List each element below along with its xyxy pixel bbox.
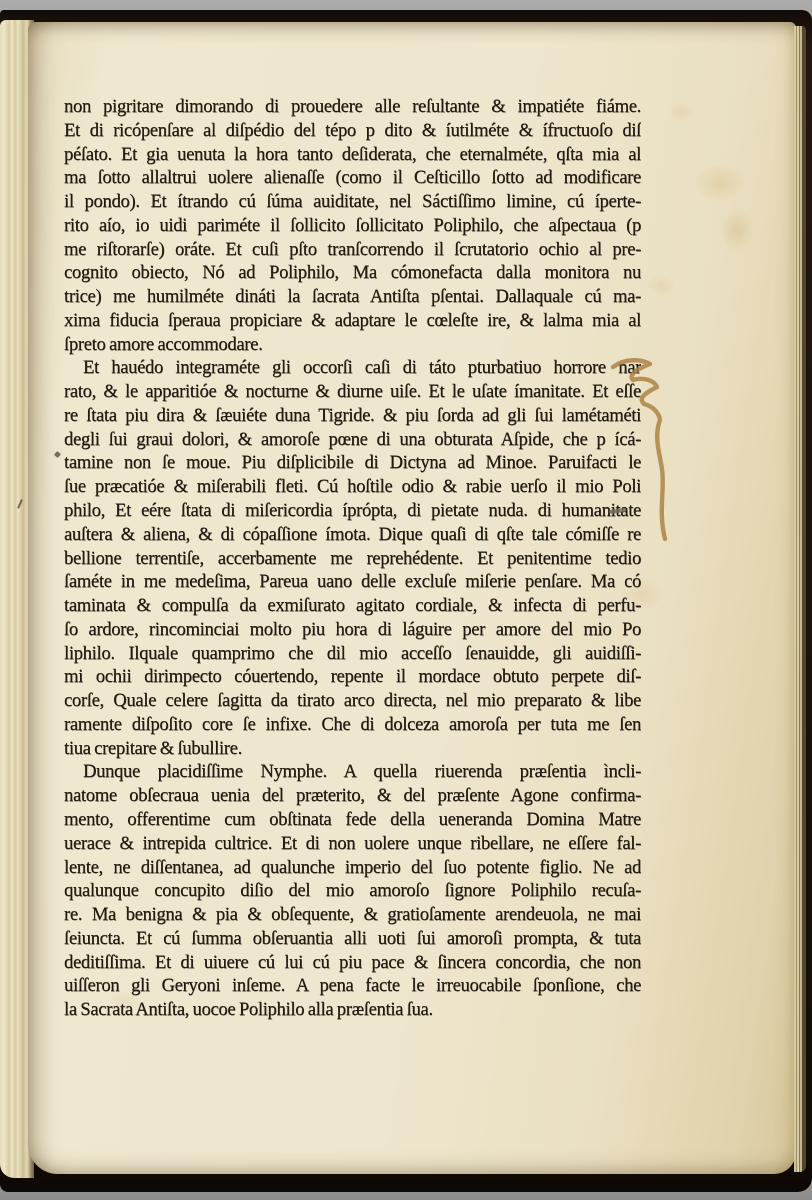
marginalia-squiggle (599, 351, 709, 565)
text-line: tiua crepitare & ſubullire. (64, 737, 641, 761)
text-line: liphilo. Ilquale quamprimo che dil mio a… (64, 642, 641, 666)
text-line: tamine non ſe moue. Piu diſplicibile di … (64, 451, 641, 475)
text-line: ſue præcatióe & miſerabili fleti. Cú hoſ… (64, 475, 641, 499)
text-line: non pigritare dimorando di prouedere all… (64, 95, 641, 119)
text-line: ramente diſpoſito core ſe infixe. Che di… (64, 713, 641, 737)
text-line: ſo ardore, rincominciai molto piu hora d… (64, 618, 641, 642)
text-line: re ſtata piu dira & ſæuiéte duna Tigride… (64, 404, 641, 428)
text-line: rato, & le apparitióe & nocturne & diurn… (64, 380, 641, 404)
text-line: natome obſecraua uenia del præterito, & … (64, 784, 641, 808)
text-line: xima fiducia ſperaua propiciare & adapta… (64, 309, 641, 333)
text-line: uerace & intrepida cultrice. Et di non u… (64, 832, 641, 856)
foxing-stain (668, 102, 696, 122)
text-line: ſaméte in me medeſima, Pareua uano delle… (64, 570, 641, 594)
text-line: corſe, Quale celere ſagitta da tirato ar… (64, 689, 641, 713)
foxing-stain (720, 208, 754, 252)
text-line: bellione terrentiſe, accerbamente me rep… (64, 547, 641, 571)
text-line: ſpreto amore accommodare. (64, 333, 641, 357)
text-line: auſtera & aliena, & di cópaſſione ímota.… (64, 523, 641, 547)
text-line: rito aío, io uidi pariméte il ſollicito … (64, 214, 641, 238)
text-line: cognito obiecto, Nó ad Poliphilo, Ma cóm… (64, 261, 641, 285)
text-line: philo, Et eére ſtata di miſericordia ípr… (64, 499, 641, 523)
book-photo: non pigritare dimorando di prouedere all… (0, 0, 812, 1200)
text-line: ma ſotto allaltrui uolere alienaſſe (com… (64, 166, 641, 190)
text-line: trice) me humilméte dináti la ſacrata An… (64, 285, 641, 309)
text-line: ſeiuncta. Et cú ſumma obſeruantia alli u… (64, 927, 641, 951)
text-block: non pigritare dimorando di prouedere all… (64, 95, 641, 1022)
text-line: il pondo). Et ítrando cú ſúma auiditate,… (64, 190, 641, 214)
text-line: lente, ne diſſentanea, ad qualunche impe… (64, 856, 641, 880)
text-line: Et di ricópenſare al diſpédio del tépo p… (64, 119, 641, 143)
text-line: Et hauédo integraméte gli occorſi caſi d… (64, 356, 641, 380)
text-line: uiſſeron gli Geryoni inſeme. A pena fact… (64, 974, 641, 998)
text-line: mento, offerentime cum obſtinata fede de… (64, 808, 641, 832)
text-line: Dunque placidiſſime Nymphe. A quella riu… (64, 760, 641, 784)
text-line: péſato. Et gia uenuta la hora tanto deſi… (64, 143, 641, 167)
text-line: re. Ma benigna & pia & obſequente, & gra… (64, 903, 641, 927)
text-line: taminata & compulſa da exmiſurato agitat… (64, 594, 641, 618)
text-line: mi ochii dirimpecto cóuertendo, repente … (64, 665, 641, 689)
text-line: la Sacrata Antiſta, uocoe Poliphilo alla… (64, 998, 641, 1022)
foxing-stain (646, 274, 676, 296)
foxing-stain (694, 164, 746, 202)
text-line: me riſtorarſe) oráte. Et cuſi pſto tranſ… (64, 238, 641, 262)
leaf-edges (794, 26, 806, 1172)
text-line: qualunque concupito diſio del mio amoroſ… (64, 879, 641, 903)
text-line: deditiſſima. Et di uiuere cú lui cú piu … (64, 951, 641, 975)
text-line: degli ſui graui dolori, & amoroſe pœne d… (64, 428, 641, 452)
